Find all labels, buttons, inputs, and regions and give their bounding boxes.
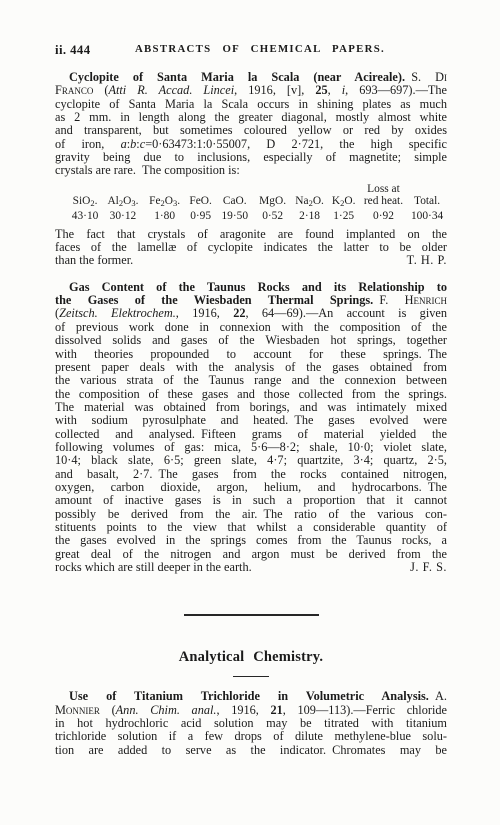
text-segment: ( bbox=[100, 704, 116, 717]
table-header-cell: Total. bbox=[407, 195, 447, 210]
text-segment: cyclopite of Santa Maria la Scala occurs… bbox=[55, 98, 447, 111]
text-line: with sodium pyrosulphate and heated. The… bbox=[55, 414, 447, 427]
table-header-cell: K2O. bbox=[328, 195, 360, 210]
abstract-taunus-gases: Gas Content of the Taunus Rocks and its … bbox=[55, 281, 447, 575]
author-name: Di bbox=[435, 71, 447, 84]
abstract-cyclopite: Cyclopite of Santa Maria la Scala (near … bbox=[55, 71, 447, 178]
text-segment: , bbox=[328, 84, 342, 97]
text-segment: Gas Content of the Taunus Rocks and its … bbox=[69, 281, 447, 294]
text-line: 10·4; black slate, 6·5; green slate, 4·7… bbox=[55, 454, 447, 467]
text-line: Use of Titanium Trichloride in Volumetri… bbox=[55, 690, 447, 703]
text-segment: Cyclopite of Santa Maria la Scala (near … bbox=[69, 71, 405, 84]
text-segment: the Gases of the Wiesbaden Thermal Sprin… bbox=[55, 294, 373, 307]
section-divider bbox=[184, 614, 319, 616]
text-segment: Zeitsch. Elektrochem. bbox=[59, 307, 176, 320]
text-segment: crystals are rare. The composition is: bbox=[55, 164, 240, 177]
text-segment: , 64—69).—An account is given bbox=[245, 307, 447, 320]
text-segment: as 2 mm. in length along the greater dia… bbox=[55, 111, 447, 124]
table-header-cell: FeO. bbox=[185, 195, 215, 210]
table-header-cell: Na2O. bbox=[292, 195, 328, 210]
table-value-cell: 1·80 bbox=[144, 210, 186, 223]
text-segment: and transparent, but sometimes coloured … bbox=[55, 124, 447, 137]
text-segment: SiO bbox=[73, 195, 91, 207]
text-segment: Atti R. Accad. Lincei bbox=[108, 84, 234, 97]
table-value-row: 43·1030·121·800·9519·500·522·181·250·921… bbox=[68, 210, 447, 223]
text-segment: F. bbox=[373, 294, 404, 307]
text-line: following volumes of gas: mica, 5·6—8·2;… bbox=[55, 441, 447, 454]
section-heading-rule bbox=[233, 676, 269, 678]
text-segment: Total. bbox=[414, 195, 440, 207]
table-header-cell: MgO. bbox=[254, 195, 292, 210]
text-line: the gases evolved in the springs comes f… bbox=[55, 534, 447, 547]
table-cell-empty bbox=[328, 184, 360, 195]
text-segment: with sodium pyrosulphate and heated. The… bbox=[55, 414, 447, 427]
text-segment: of previous work done in connexion with … bbox=[55, 321, 447, 334]
text-segment: trichloride solution if a few drops of d… bbox=[55, 730, 447, 743]
text-segment: . bbox=[177, 195, 180, 207]
table-header-cell: Fe2O3. bbox=[144, 195, 186, 210]
text-block: ii. 444 ABSTRACTS OF CHEMICAL PAPERS. Cy… bbox=[55, 43, 447, 757]
text-segment: faces of the lamellæ of cyclopite indica… bbox=[55, 241, 447, 254]
text-line: and basalt, 2·7. The gases from the rock… bbox=[55, 468, 447, 481]
text-segment: amount of inactive gases is in such a pr… bbox=[55, 494, 447, 507]
loss-at-label: Loss at bbox=[360, 184, 407, 195]
text-line: than the former.T. H. P. bbox=[55, 254, 447, 267]
text-segment: , 109—113).—Ferric chloride bbox=[283, 704, 447, 717]
table-cell-empty bbox=[292, 184, 328, 195]
text-segment: , 693—697).—The bbox=[345, 84, 447, 97]
line-text: than the former. bbox=[55, 254, 133, 267]
text-line: Cyclopite of Santa Maria la Scala (near … bbox=[55, 71, 447, 84]
text-segment: Na bbox=[295, 195, 308, 207]
text-segment: CaO. bbox=[223, 195, 247, 207]
table-cell-empty bbox=[185, 184, 215, 195]
text-line: present paper deals with the analysis of… bbox=[55, 361, 447, 374]
table-header-cell: red heat. bbox=[360, 195, 407, 210]
text-line: rocks which are still deeper in the eart… bbox=[55, 561, 447, 574]
text-segment: the gases evolved in the springs comes f… bbox=[55, 534, 447, 547]
table-header-row: SiO2.Al2O3.Fe2O3.FeO.CaO.MgO.Na2O.K2O.re… bbox=[68, 195, 447, 210]
text-segment: A. bbox=[429, 690, 447, 703]
text-segment: O. bbox=[344, 195, 355, 207]
table-value-cell: 30·12 bbox=[102, 210, 144, 223]
text-segment: , 1916, bbox=[176, 307, 233, 320]
text-line: (Zeitsch. Elektrochem., 1916, 22, 64—69)… bbox=[55, 307, 447, 320]
table-value-cell: 0·92 bbox=[360, 210, 407, 223]
text-line: the composition of these gases and those… bbox=[55, 388, 447, 401]
text-segment: O bbox=[165, 195, 173, 207]
text-segment: than the former. bbox=[55, 254, 133, 267]
table-cell-empty bbox=[102, 184, 144, 195]
text-segment: Al bbox=[107, 195, 118, 207]
text-segment: following volumes of gas: mica, 5·6—8·2;… bbox=[55, 441, 447, 454]
text-line: and transparent, but sometimes coloured … bbox=[55, 124, 447, 137]
text-line: cyclopite of Santa Maria la Scala occurs… bbox=[55, 98, 447, 111]
text-line: oxygen, carbon dioxide, argon, helium, a… bbox=[55, 481, 447, 494]
text-line: tion are added to serve as the indicator… bbox=[55, 744, 447, 757]
text-segment: great deal of the nitrogen and argon mus… bbox=[55, 548, 447, 561]
text-line: great deal of the nitrogen and argon mus… bbox=[55, 548, 447, 561]
text-segment: oxygen, carbon dioxide, argon, helium, a… bbox=[55, 481, 447, 494]
author-name: Henrich bbox=[405, 294, 447, 307]
text-segment: O. bbox=[313, 195, 324, 207]
table-value-cell: 0·52 bbox=[254, 210, 292, 223]
text-segment: 10·4; black slate, 6·5; green slate, 4·7… bbox=[55, 454, 447, 467]
section-heading-analytical-chemistry: Analytical Chemistry. bbox=[55, 649, 447, 666]
page-content: Cyclopite of Santa Maria la Scala (near … bbox=[55, 71, 447, 757]
text-segment: the composition of these gases and those… bbox=[55, 388, 447, 401]
text-segment: The fact that crystals of aragonite are … bbox=[55, 228, 447, 241]
text-segment: gravity being due to inclusions, especia… bbox=[55, 151, 447, 164]
running-title: ABSTRACTS OF CHEMICAL PAPERS. bbox=[64, 43, 456, 55]
text-line: The fact that crystals of aragonite are … bbox=[55, 228, 447, 241]
text-segment: . bbox=[95, 195, 98, 207]
text-segment: rocks which are still deeper in the eart… bbox=[55, 561, 252, 574]
text-line: the various strata of the Taunus range a… bbox=[55, 374, 447, 387]
running-head: ii. 444 ABSTRACTS OF CHEMICAL PAPERS. bbox=[55, 43, 447, 59]
table-cell-empty bbox=[68, 184, 102, 195]
text-line: with theories propounded to account for … bbox=[55, 348, 447, 361]
text-line: faces of the lamellæ of cyclopite indica… bbox=[55, 241, 447, 254]
text-segment: dissolved solids and gases of the Wiesba… bbox=[55, 334, 447, 347]
text-segment: K bbox=[332, 195, 340, 207]
table-header-cell: CaO. bbox=[216, 195, 254, 210]
text-segment: , 1916, [v], bbox=[234, 84, 315, 97]
table-cell-empty bbox=[216, 184, 254, 195]
table-value-cell: 100·34 bbox=[407, 210, 447, 223]
text-segment: present paper deals with the analysis of… bbox=[55, 361, 447, 374]
text-line: of iron, a:b:c=0·63473:1:0·55007, D 2·72… bbox=[55, 138, 447, 151]
text-segment: tion are added to serve as the indicator… bbox=[55, 744, 447, 757]
text-line: stituents points to the view that whilst… bbox=[55, 521, 447, 534]
text-segment: in hot hydrochloric acid solution may be… bbox=[55, 717, 447, 730]
text-segment: FeO. bbox=[189, 195, 211, 207]
journal-page: ii. 444 ABSTRACTS OF CHEMICAL PAPERS. Cy… bbox=[0, 0, 500, 825]
text-line: The material was obtained from borings, … bbox=[55, 401, 447, 414]
abstract-cyclopite-conclusion: The fact that crystals of aragonite are … bbox=[55, 228, 447, 268]
text-segment: with theories propounded to account for … bbox=[55, 348, 447, 361]
text-line: Franco (Atti R. Accad. Lincei, 1916, [v]… bbox=[55, 84, 447, 97]
text-segment: possibly be derived from the air. The ra… bbox=[55, 508, 447, 521]
abstract-titanium-trichloride: Use of Titanium Trichloride in Volumetri… bbox=[55, 690, 447, 757]
text-segment: 21 bbox=[271, 704, 283, 717]
author-name: Franco bbox=[55, 84, 93, 97]
text-segment: S. bbox=[405, 71, 435, 84]
text-line: the Gases of the Wiesbaden Thermal Sprin… bbox=[55, 294, 447, 307]
text-line: collected and analysed. Fifteen grams of… bbox=[55, 428, 447, 441]
text-segment: stituents points to the view that whilst… bbox=[55, 521, 447, 534]
table-cell-empty bbox=[144, 184, 186, 195]
table-value-cell: 1·25 bbox=[328, 210, 360, 223]
text-line: dissolved solids and gases of the Wiesba… bbox=[55, 334, 447, 347]
table-value-cell: 19·50 bbox=[216, 210, 254, 223]
text-segment: Ann. Chim. anal. bbox=[116, 704, 217, 717]
text-segment: , 1916, bbox=[216, 704, 270, 717]
text-line: trichloride solution if a few drops of d… bbox=[55, 730, 447, 743]
table-header-cell: SiO2. bbox=[68, 195, 102, 210]
text-segment: of iron, bbox=[55, 138, 121, 151]
text-line: gravity being due to inclusions, especia… bbox=[55, 151, 447, 164]
text-segment: the various strata of the Taunus range a… bbox=[55, 374, 447, 387]
table-value-cell: 0·95 bbox=[185, 210, 215, 223]
text-segment: MgO. bbox=[259, 195, 286, 207]
text-line: of previous work done in connexion with … bbox=[55, 321, 447, 334]
composition-table: Loss atSiO2.Al2O3.Fe2O3.FeO.CaO.MgO.Na2O… bbox=[68, 184, 447, 223]
table-pre-header-row: Loss at bbox=[68, 184, 447, 195]
text-segment: 25 bbox=[315, 84, 327, 97]
table-header-cell: Al2O3. bbox=[102, 195, 144, 210]
text-segment: =0·63473:1:0·55007, D 2·721, the high sp… bbox=[145, 138, 447, 151]
text-line: Monnier (Ann. Chim. anal., 1916, 21, 109… bbox=[55, 704, 447, 717]
text-segment: The material was obtained from borings, … bbox=[55, 401, 447, 414]
table-value-cell: 2·18 bbox=[292, 210, 328, 223]
text-line: amount of inactive gases is in such a pr… bbox=[55, 494, 447, 507]
text-segment: ( bbox=[93, 84, 108, 97]
table-cell-empty bbox=[407, 184, 447, 195]
text-line: Gas Content of the Taunus Rocks and its … bbox=[55, 281, 447, 294]
abstractor-initials: T. H. P. bbox=[407, 254, 447, 267]
author-name: Monnier bbox=[55, 704, 100, 717]
text-segment: collected and analysed. Fifteen grams of… bbox=[55, 428, 447, 441]
text-segment: Fe bbox=[149, 195, 160, 207]
text-line: as 2 mm. in length along the greater dia… bbox=[55, 111, 447, 124]
text-line: crystals are rare. The composition is: bbox=[55, 164, 447, 177]
text-segment: Use of Titanium Trichloride in Volumetri… bbox=[69, 690, 429, 703]
text-segment: red heat. bbox=[364, 195, 403, 207]
abstractor-initials: J. F. S. bbox=[410, 561, 447, 574]
text-segment: . bbox=[136, 195, 139, 207]
text-line: possibly be derived from the air. The ra… bbox=[55, 508, 447, 521]
table-value-cell: 43·10 bbox=[68, 210, 102, 223]
line-text: rocks which are still deeper in the eart… bbox=[55, 561, 252, 574]
text-line: in hot hydrochloric acid solution may be… bbox=[55, 717, 447, 730]
text-segment: 22 bbox=[233, 307, 245, 320]
table-cell-empty bbox=[254, 184, 292, 195]
text-segment: and basalt, 2·7. The gases from the rock… bbox=[55, 468, 447, 481]
